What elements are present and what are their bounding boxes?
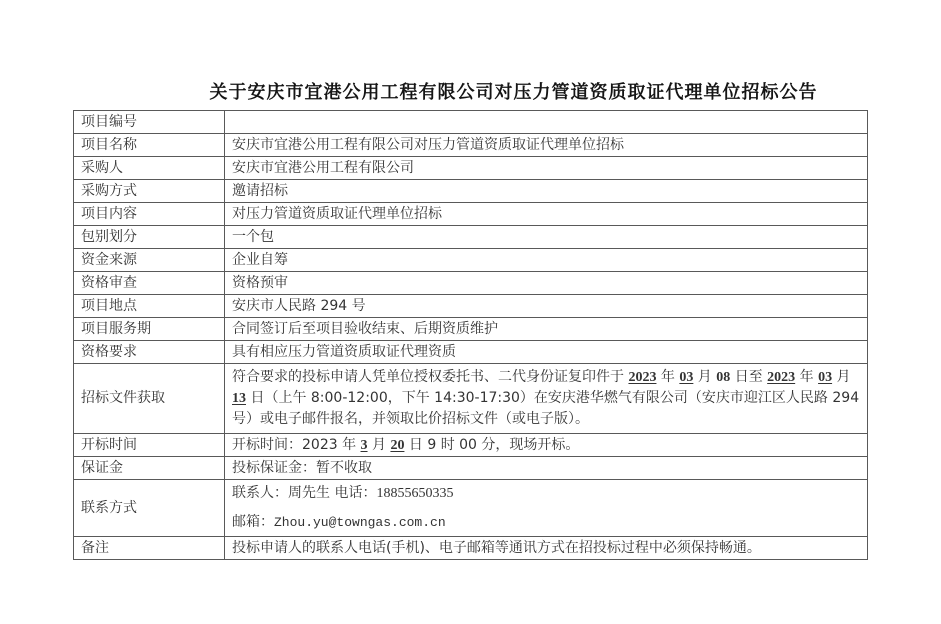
row-value: 安庆市宜港公用工程有限公司	[225, 157, 868, 180]
table-row-project-content: 项目内容 对压力管道资质取证代理单位招标	[74, 203, 868, 226]
row-label: 包别划分	[74, 226, 225, 249]
row-value: 安庆市人民路 294 号	[225, 295, 868, 318]
table-row-purchaser: 采购人 安庆市宜港公用工程有限公司	[74, 157, 868, 180]
row-label: 保证金	[74, 457, 225, 480]
row-label: 联系方式	[74, 480, 225, 537]
row-label: 开标时间	[74, 434, 225, 457]
row-value: 开标时间：2023 年 3 月 20 日 9 时 00 分，现场开标。	[225, 434, 868, 457]
row-label: 项目编号	[74, 111, 225, 134]
row-value: 企业自筹	[225, 249, 868, 272]
row-value: 符合要求的投标申请人凭单位授权委托书、二代身份证复印件于 2023 年 03 月…	[225, 364, 868, 434]
contact-person-phone-line: 联系人：周先生 电话：18855650335	[232, 484, 860, 503]
table-row-bid-document-acquisition: 招标文件获取 符合要求的投标申请人凭单位授权委托书、二代身份证复印件于 2023…	[74, 364, 868, 434]
table-row-qualification-requirements: 资格要求 具有相应压力管道资质取证代理资质	[74, 341, 868, 364]
table-row-remarks: 备注 投标申请人的联系人电话(手机)、电子邮箱等通讯方式在招投标过程中必须保持畅…	[74, 537, 868, 560]
table-row-project-location: 项目地点 安庆市人民路 294 号	[74, 295, 868, 318]
row-value: 投标申请人的联系人电话(手机)、电子邮箱等通讯方式在招投标过程中必须保持畅通。	[225, 537, 868, 560]
row-label: 项目名称	[74, 134, 225, 157]
row-value: 合同签订后至项目验收结束、后期资质维护	[225, 318, 868, 341]
page-title: 关于安庆市宜港公用工程有限公司对压力管道资质取证代理单位招标公告	[73, 82, 868, 104]
row-label: 项目内容	[74, 203, 225, 226]
table-row-deposit: 保证金 投标保证金：暂不收取	[74, 457, 868, 480]
table-row-bid-opening-time: 开标时间 开标时间：2023 年 3 月 20 日 9 时 00 分，现场开标。	[74, 434, 868, 457]
row-value: 对压力管道资质取证代理单位招标	[225, 203, 868, 226]
row-label: 资格审查	[74, 272, 225, 295]
tender-info-table: 项目编号 项目名称 安庆市宜港公用工程有限公司对压力管道资质取证代理单位招标 采…	[73, 110, 868, 560]
row-label: 资格要求	[74, 341, 225, 364]
table-row-contact-info: 联系方式 联系人：周先生 电话：18855650335 邮箱：Zhou.yu@t…	[74, 480, 868, 537]
row-value: 一个包	[225, 226, 868, 249]
row-value: 联系人：周先生 电话：18855650335 邮箱：Zhou.yu@townga…	[225, 480, 868, 537]
table-row-project-name: 项目名称 安庆市宜港公用工程有限公司对压力管道资质取证代理单位招标	[74, 134, 868, 157]
contact-email-line: 邮箱：Zhou.yu@towngas.com.cn	[232, 513, 860, 532]
table-row-funding-source: 资金来源 企业自筹	[74, 249, 868, 272]
row-label: 采购方式	[74, 180, 225, 203]
table-row-project-number: 项目编号	[74, 111, 868, 134]
table-row-service-period: 项目服务期 合同签订后至项目验收结束、后期资质维护	[74, 318, 868, 341]
row-value: 邀请招标	[225, 180, 868, 203]
row-value: 安庆市宜港公用工程有限公司对压力管道资质取证代理单位招标	[225, 134, 868, 157]
row-label: 项目服务期	[74, 318, 225, 341]
row-label: 资金来源	[74, 249, 225, 272]
row-value: 具有相应压力管道资质取证代理资质	[225, 341, 868, 364]
row-label: 采购人	[74, 157, 225, 180]
table-row-procurement-method: 采购方式 邀请招标	[74, 180, 868, 203]
table-row-qualification-review: 资格审查 资格预审	[74, 272, 868, 295]
row-value: 资格预审	[225, 272, 868, 295]
row-label: 备注	[74, 537, 225, 560]
row-value	[225, 111, 868, 134]
table-row-package-division: 包别划分 一个包	[74, 226, 868, 249]
row-label: 招标文件获取	[74, 364, 225, 434]
row-value: 投标保证金：暂不收取	[225, 457, 868, 480]
tender-announcement-document: 关于安庆市宜港公用工程有限公司对压力管道资质取证代理单位招标公告 项目编号 项目…	[0, 0, 941, 624]
row-label: 项目地点	[74, 295, 225, 318]
